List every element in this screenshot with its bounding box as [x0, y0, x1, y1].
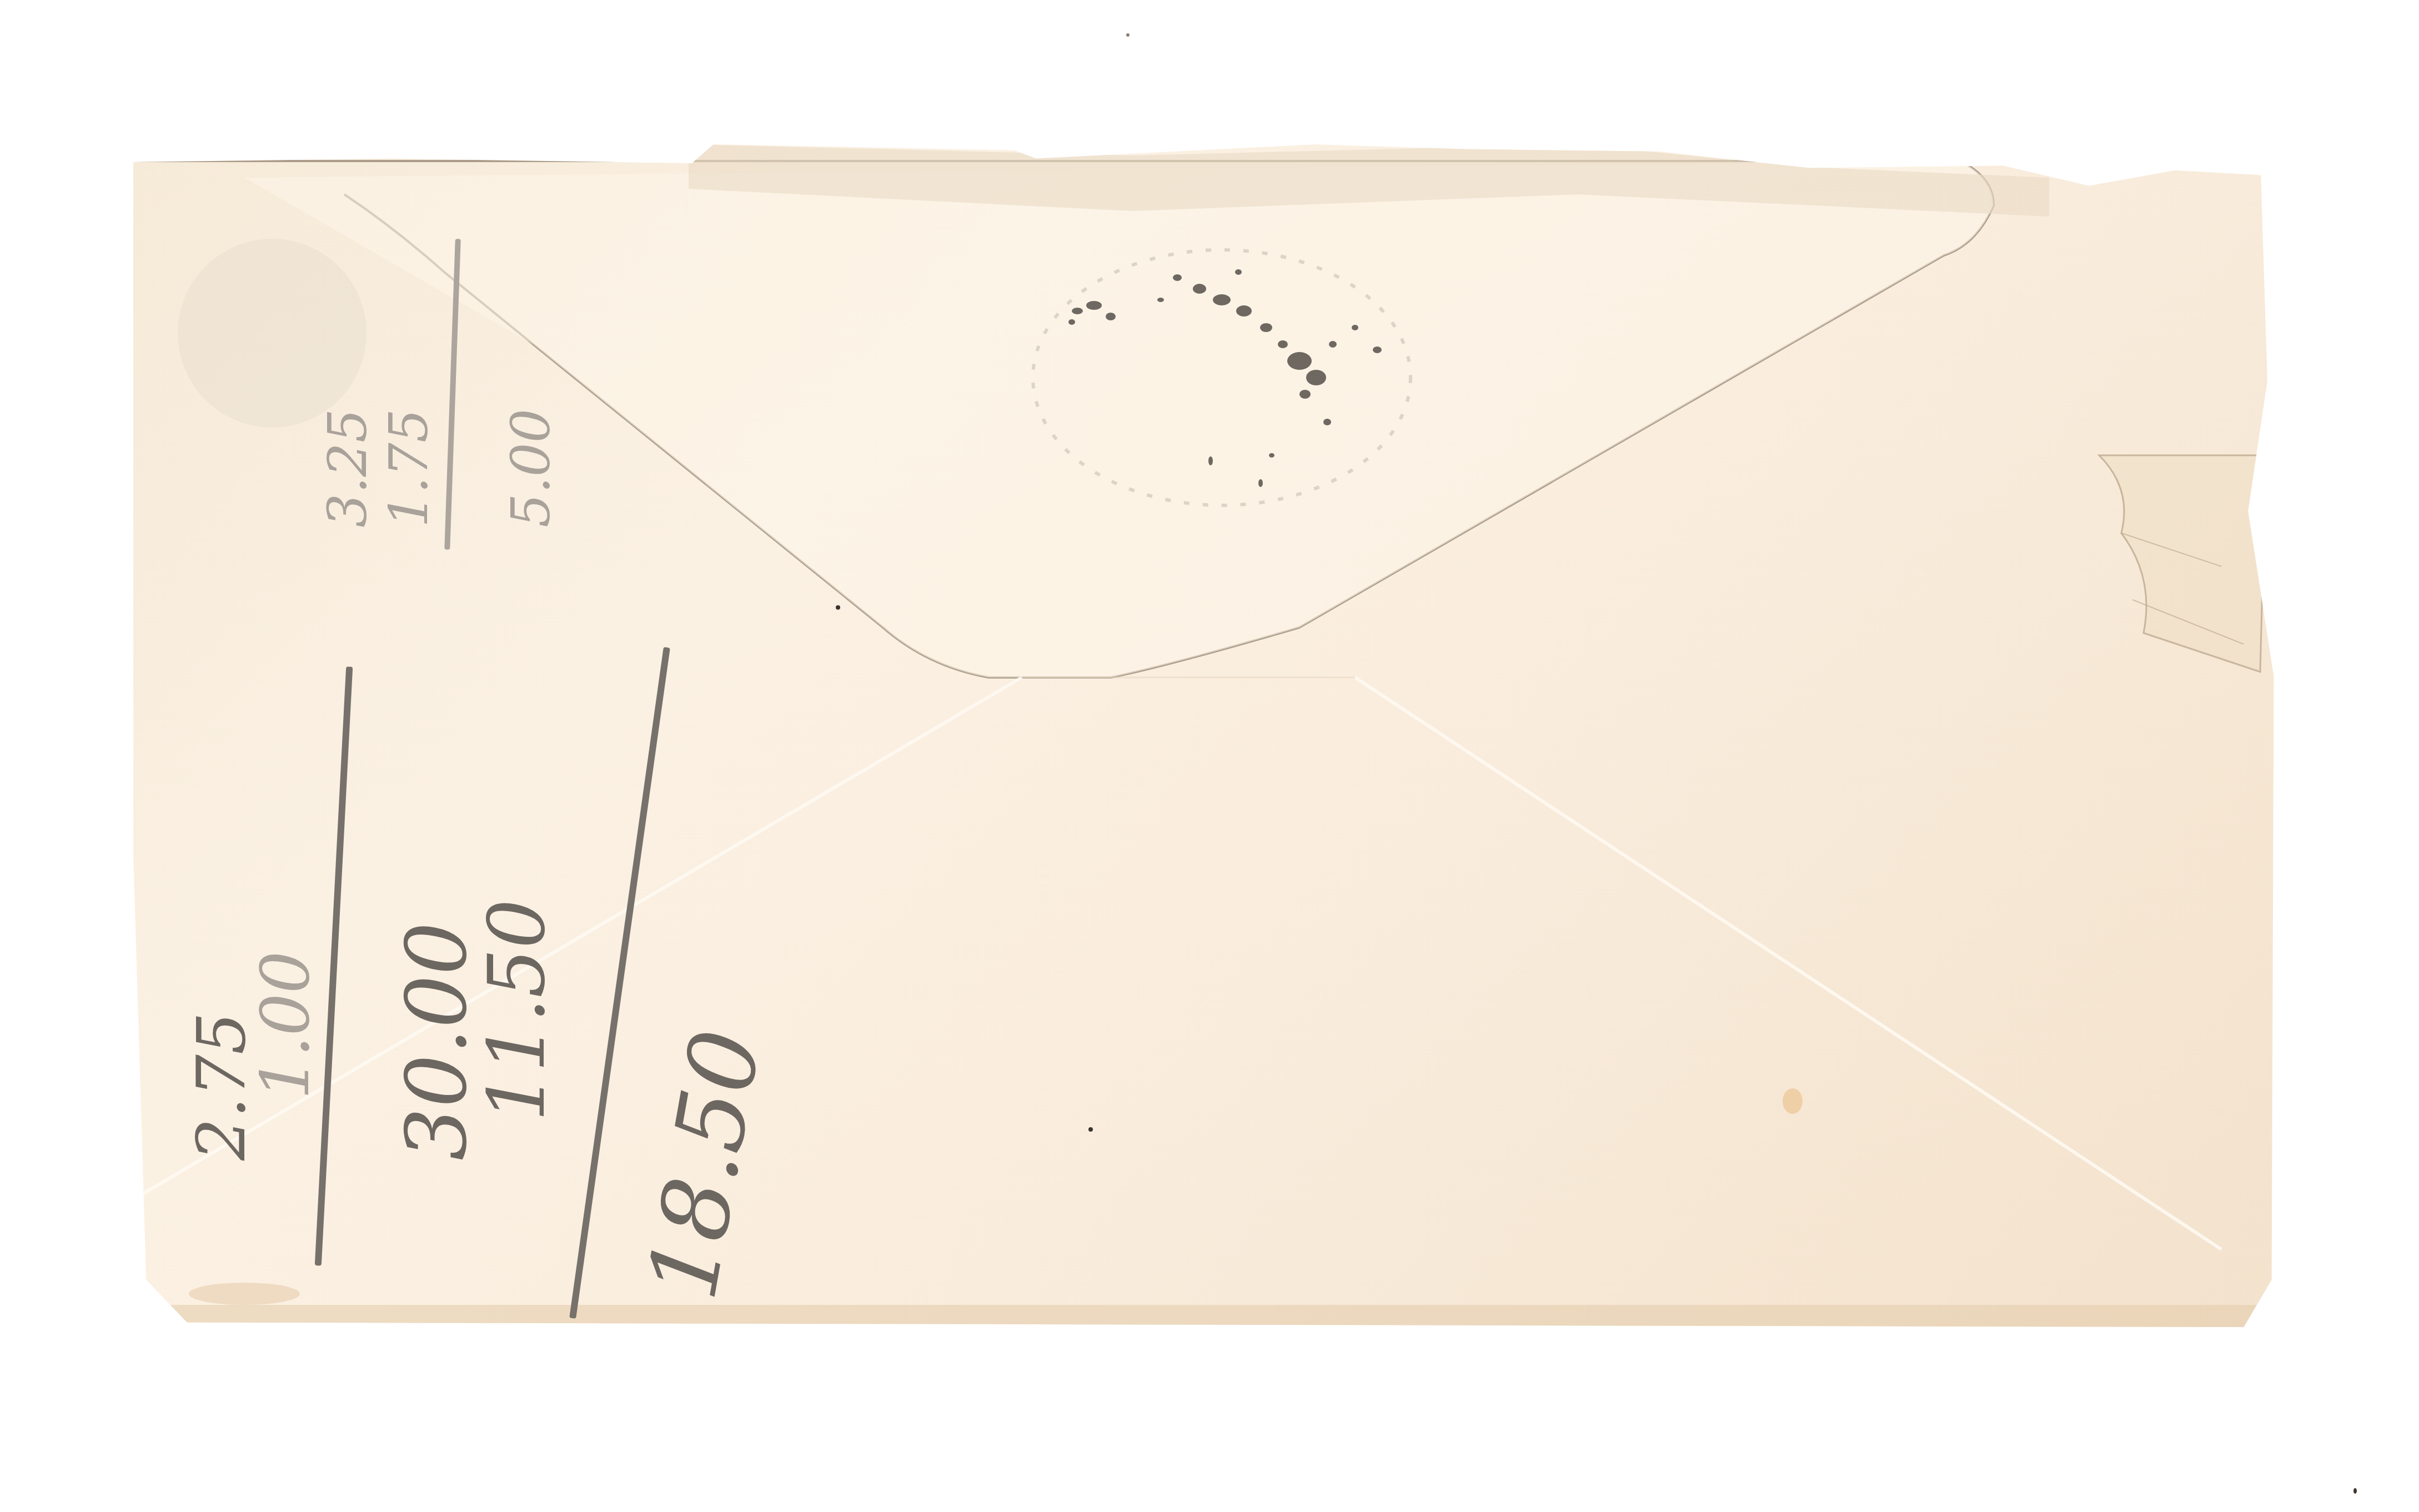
speck: [1126, 33, 1130, 37]
speck: [836, 605, 840, 610]
envelope-back: 3.25 1.75 5.00 2.75 1.00 30.00 11.50 18.…: [133, 144, 2282, 1327]
stain: [1783, 1088, 1803, 1114]
pencil-note-faint-result: 5.00: [500, 409, 562, 528]
speck: [2353, 1488, 2357, 1494]
pencil-note-faint-1: 3.25: [317, 409, 379, 528]
stain: [189, 1283, 300, 1305]
pencil-note-faint-2: 1.75: [378, 409, 440, 528]
pencil-note-line-4: 11.50: [472, 899, 563, 1122]
pencil-note-line-2: 1.00: [247, 951, 324, 1099]
pencil-note-line-3: 30.00: [389, 922, 485, 1161]
speck: [1088, 1127, 1093, 1132]
